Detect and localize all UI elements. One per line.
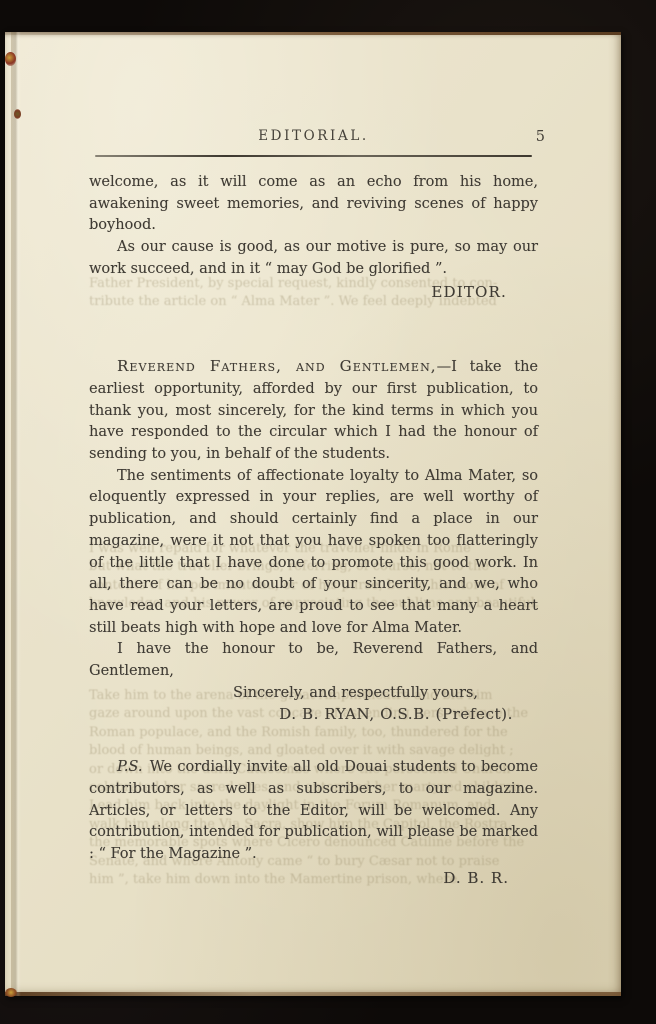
book-photo: Father President, by special request, ki… [0, 0, 656, 1024]
book-page: Father President, by special request, ki… [5, 32, 621, 996]
postscript-text: We cordially invite all old Douai studen… [89, 759, 538, 862]
header-rule [95, 155, 532, 157]
editor-signature: EDITOR. [89, 282, 538, 304]
closing-line: I have the honour to be, Reverend Father… [89, 639, 538, 682]
page-top-edge [5, 32, 621, 35]
page-title: EDITORIAL. [89, 128, 538, 144]
page-bottom-edge [5, 992, 621, 996]
text-block: welcome, as it will come as an echo from… [89, 172, 538, 889]
binding-speck [5, 52, 16, 66]
letter-opening-paragraph: Reverend Fathers, and Gentlemen,—I take … [89, 356, 538, 466]
postscript-paragraph: P.S. We cordially invite all old Douai s… [89, 757, 538, 866]
running-head: EDITORIAL. 5 [89, 128, 538, 146]
valediction: Sincerely, and respectfully yours, [131, 683, 580, 705]
page-number: 5 [536, 129, 545, 145]
paragraph: The sentiments of affectionate loyalty t… [89, 466, 538, 640]
binding-speck [14, 109, 21, 119]
postscript-label: P.S. [117, 759, 142, 775]
spine-crease [11, 32, 21, 996]
paragraph: As our cause is good, as our motive is p… [89, 237, 538, 280]
paragraph-continuation: welcome, as it will come as an echo from… [89, 172, 538, 237]
author-signature: D. B. RYAN, O.S.B. (Prefect). [89, 704, 538, 726]
postscript-signature: D. B. R. [89, 868, 538, 890]
salutation: Reverend Fathers, and Gentlemen, [117, 357, 437, 375]
binding-speck [5, 988, 17, 997]
